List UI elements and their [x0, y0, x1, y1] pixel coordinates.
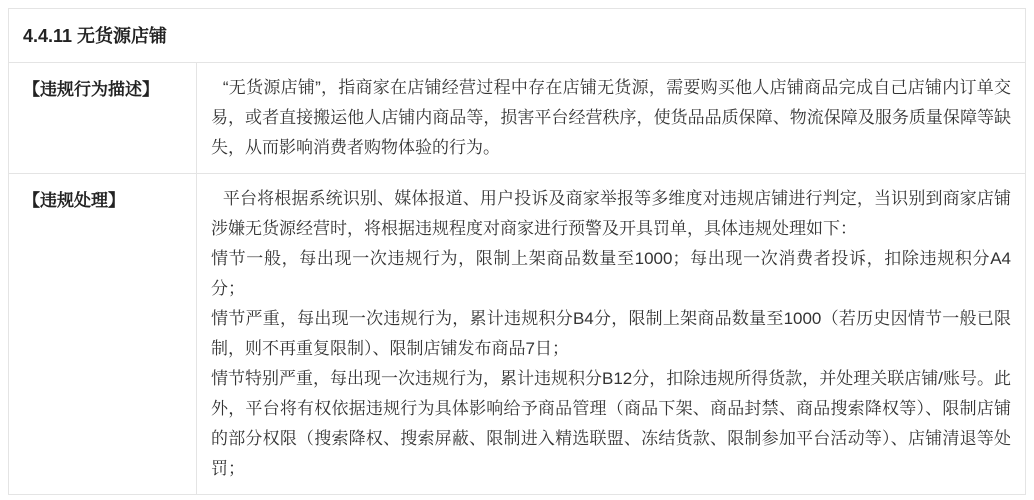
violation-handling-label: 【违规处理】 — [23, 191, 125, 210]
handling-level-serious-text: 情节严重，每出现一次违规行为，累计违规积分B4分，限制上架商品数量至1000（若… — [211, 304, 1011, 364]
violation-rule-table: 4.4.11 无货源店铺 【违规行为描述】 “无货源店铺”，指商家在店铺经营过程… — [8, 8, 1026, 495]
section-title: 4.4.11 无货源店铺 — [23, 24, 1011, 48]
handling-intro-text: 平台将根据系统识别、媒体报道、用户投诉及商家举报等多维度对违规店铺进行判定，当识… — [211, 184, 1011, 244]
handling-level-severe-text: 情节特别严重，每出现一次违规行为，累计违规积分B12分，扣除违规所得货款，并处理… — [211, 364, 1011, 484]
table-row-violation-handling: 【违规处理】 平台将根据系统识别、媒体报道、用户投诉及商家举报等多维度对违规店铺… — [9, 173, 1025, 494]
row-content-cell: “无货源店铺”，指商家在店铺经营过程中存在店铺无货源，需要购买他人店铺商品完成自… — [197, 63, 1025, 173]
violation-description-text: “无货源店铺”，指商家在店铺经营过程中存在店铺无货源，需要购买他人店铺商品完成自… — [211, 73, 1011, 163]
violation-description-label: 【违规行为描述】 — [23, 80, 159, 99]
row-label-cell: 【违规行为描述】 — [9, 63, 197, 173]
table-row-violation-description: 【违规行为描述】 “无货源店铺”，指商家在店铺经营过程中存在店铺无货源，需要购买… — [9, 63, 1025, 173]
row-label-cell: 【违规处理】 — [9, 174, 197, 494]
section-header: 4.4.11 无货源店铺 — [9, 9, 1025, 63]
row-content-cell: 平台将根据系统识别、媒体报道、用户投诉及商家举报等多维度对违规店铺进行判定，当识… — [197, 174, 1025, 494]
document-page: 4.4.11 无货源店铺 【违规行为描述】 “无货源店铺”，指商家在店铺经营过程… — [0, 0, 1034, 500]
handling-level-general-text: 情节一般，每出现一次违规行为，限制上架商品数量至1000；每出现一次消费者投诉，… — [211, 244, 1011, 304]
